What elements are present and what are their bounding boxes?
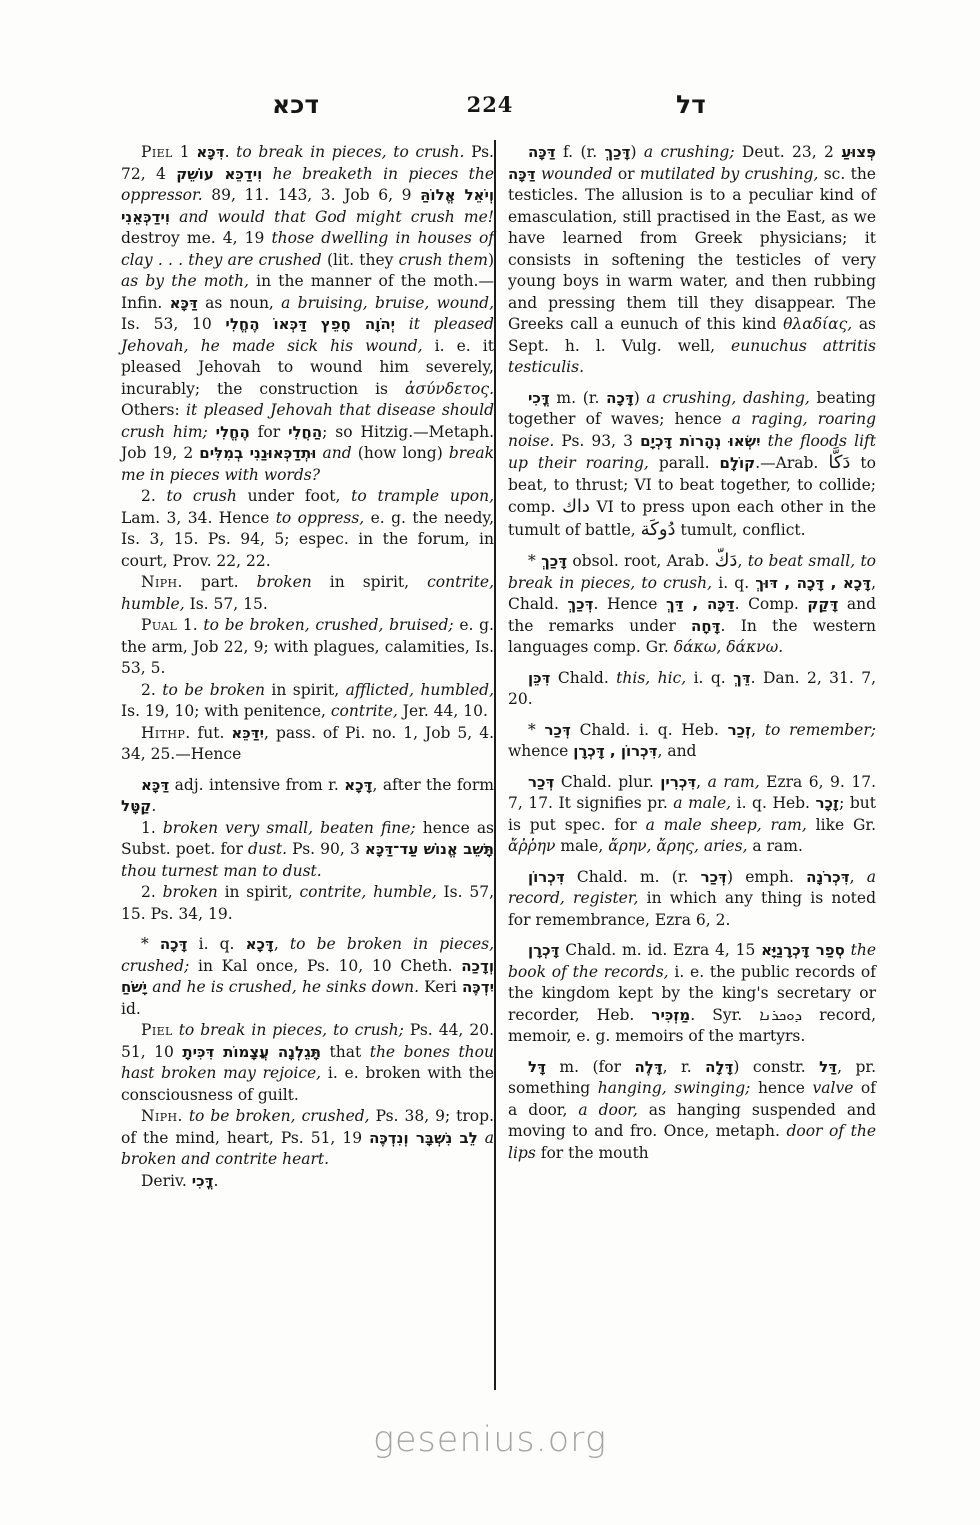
text-segment-heb: דָּחָה [691, 617, 720, 635]
right-column: דַּכָּה f. (r. דָּכַךְ) a crushing; Deut… [508, 142, 876, 1164]
text-segment-heb: דָּקַק [807, 595, 838, 613]
text-segment-n: Keri [419, 978, 462, 996]
text-segment-heb: קַטָּל [121, 797, 151, 815]
text-segment-n: . Syr. [690, 1006, 759, 1024]
text-segment-i: as by the moth, [121, 272, 249, 290]
text-segment-ar: داك [562, 496, 590, 517]
text-segment-heb: יִדְכֶּה [462, 978, 494, 996]
text-segment-heb: דְּכַךְ [567, 595, 593, 613]
text-segment-n: , r. [663, 1058, 706, 1076]
text-segment-grk: ἄρην, ἄρης, [608, 837, 699, 855]
text-segment-n: ) constr. [733, 1058, 819, 1076]
text-segment-ar: دَكَّا [828, 452, 850, 473]
entry-paragraph: 2. to crush under foot, to trample upon,… [121, 486, 494, 572]
text-segment-n: . [213, 1172, 218, 1190]
text-segment-i: to trample upon, [351, 487, 494, 505]
text-segment-i: crush them [399, 251, 488, 269]
text-segment-i: aries, [704, 837, 748, 855]
text-segment-heb: הַחֲלִי [288, 423, 322, 441]
text-segment-n: , after the form [372, 776, 494, 794]
text-segment-i: to break in pieces, to crush. [236, 143, 464, 161]
text-segment-n: tumult, conflict. [676, 521, 806, 539]
text-segment-heb: דָּכְרָן [528, 941, 560, 959]
text-segment-n: 2. [141, 681, 162, 699]
text-segment-n: * [528, 721, 544, 739]
text-segment-i: valve [812, 1079, 853, 1097]
text-segment-i: dust. [248, 840, 287, 858]
text-segment-n: (how long) [352, 444, 449, 462]
text-segment-i: a male sheep, ram, [646, 816, 807, 834]
text-segment-n: . Comp. [735, 595, 808, 613]
text-segment-i: a male, [673, 794, 731, 812]
entry-paragraph: דֳּכִי m. (r. דָּכָה) a crushing, dashin… [508, 388, 876, 542]
text-segment-sc: Niph. [141, 573, 183, 591]
text-segment-heb: וּתְדַכְּאוּנַנִי בְמִלִּים [199, 444, 316, 462]
entry-paragraph: דַּכָּה f. (r. דָּכַךְ) a crushing; Deut… [508, 142, 876, 379]
text-segment-i: hanging, swinging; [598, 1079, 751, 1097]
entry-paragraph: 2. broken in spirit, contrite, humble, I… [121, 882, 494, 925]
text-segment-heb: דֳּכִי [192, 1172, 214, 1190]
scanned-lexicon-page: דכא 224 דל Piel דִּכָּא 1. to break in p… [0, 0, 980, 1525]
text-segment-n: * [141, 935, 160, 953]
entry-paragraph: דָּל m. (for דָּלֶה, r. דָּלָה) constr. … [508, 1057, 876, 1165]
text-segment-n: in spirit, [265, 681, 346, 699]
text-segment-grk: δάκω, δάκνω. [674, 638, 783, 656]
text-segment-i: to be broken, crushed, [183, 1107, 370, 1125]
text-segment-n: ) [488, 251, 494, 269]
text-segment-i: to oppress, [276, 509, 365, 527]
text-segment-heb: דִּכָּא [196, 143, 224, 161]
text-segment-n: ) emph. [727, 868, 806, 886]
text-segment-n: ) [630, 143, 643, 161]
text-segment-n: * [528, 552, 541, 570]
text-segment-n: male, [555, 837, 608, 855]
entry-paragraph: דָּכְרָן Chald. m. id. Ezra 4, 15 סְפַר … [508, 940, 876, 1048]
entry-paragraph: דַּכָּא adj. intensive from r. דָּכָא, a… [121, 775, 494, 818]
text-segment-n: i. q. [686, 669, 733, 687]
text-segment-i: thou turnest man to dust. [121, 862, 322, 880]
text-segment-heb: דִּכְרוֹן [528, 868, 565, 886]
text-segment-i: and he is crushed, he sinks down. [147, 978, 419, 996]
text-segment-heb: דָּכָה [160, 935, 188, 953]
text-segment-n: i. q. [712, 574, 755, 592]
text-segment-heb: דִּכְרֹנָה [806, 868, 849, 886]
text-segment-i: a crushing; [644, 143, 735, 161]
text-segment-n: or [613, 165, 640, 183]
text-segment-i: this, hic, [616, 669, 686, 687]
text-segment-n: Jer. 44, 10. [398, 702, 488, 720]
text-segment-heb: וִידַכֵּא עוֹשֵׁק [176, 165, 262, 183]
text-segment-i: contrite, humble, [299, 883, 436, 901]
text-segment-heb: הֶחֱלִי [216, 423, 250, 441]
text-segment-heb: יְהֹוָה חָפֵץ דַּכְּאוֹ הֶחֱלִי [225, 315, 395, 333]
text-segment-n: , [737, 552, 747, 570]
text-segment-i: to crush [167, 487, 237, 505]
text-segment-heb: דַּכָּא [141, 776, 169, 794]
text-segment-heb: דָּל [528, 1058, 546, 1076]
entry-paragraph: Pual 1. to be broken, crushed, bruised; … [121, 615, 494, 680]
column-divider-rule [494, 140, 496, 1390]
text-segment-heb: דַּכָּא [170, 294, 198, 312]
text-segment-i: and [316, 444, 351, 462]
text-segment-heb: תָּגֵלְנָה עֲצָמוֹת דִּכִּיתָ [182, 1043, 321, 1061]
entry-paragraph: Piel דִּכָּא 1. to break in pieces, to c… [121, 142, 494, 486]
text-segment-i: to be broken [162, 681, 265, 699]
text-segment-i: a bruising, bruise, wound, [281, 294, 494, 312]
text-segment-heb: דִּכֵּן [528, 669, 550, 687]
entry-paragraph: Deriv. דֳּכִי. [121, 1171, 494, 1193]
entry-paragraph: 2. to be broken in spirit, afflicted, hu… [121, 680, 494, 723]
left-column: Piel דִּכָּא 1. to break in pieces, to c… [121, 142, 494, 1192]
entry-paragraph: * דְּכַר Chald. i. q. Heb. זְכַר, to rem… [508, 720, 876, 763]
text-segment-n: Is. 53, 10 [121, 315, 225, 333]
text-segment-n: Is. 57, 15. [185, 595, 268, 613]
text-segment-n: for [250, 423, 288, 441]
text-segment-heb: דָּכַךְ [541, 552, 567, 570]
page-header: דכא 224 דל [0, 90, 980, 130]
text-segment-n: in spirit, [218, 883, 300, 901]
entry-paragraph: דִּכְרוֹן Chald. m. (r. דְּכַר) emph. דִ… [508, 867, 876, 932]
text-segment-n: Chald. m. id. Ezra 4, 15 [560, 941, 762, 959]
text-segment-n: hence [750, 1079, 812, 1097]
text-segment-heb: דַּכָּה [528, 143, 556, 161]
text-segment-heb: דָּכָא [246, 935, 274, 953]
text-segment-i: wounded [536, 165, 613, 183]
text-segment-n: for the mouth [536, 1144, 649, 1162]
text-segment-i: broken [163, 883, 218, 901]
text-segment-heb: לֵב נִשְׁבָּר וְנִדְכֶּה [369, 1129, 478, 1147]
text-segment-grk: θλαδίας, [783, 315, 852, 333]
text-segment-heb: דִּכְרִין [660, 773, 696, 791]
text-segment-n: Ps. 90, 3 [287, 840, 365, 858]
text-segment-n: whence [508, 742, 573, 760]
text-segment-n: Deriv. [141, 1172, 192, 1190]
text-segment-i: to be broken, crushed, bruised; [203, 616, 453, 634]
text-segment-n: i. q. Heb. [731, 794, 815, 812]
text-segment-n: , [696, 773, 707, 791]
text-segment-heb: דְּכַר [544, 721, 570, 739]
text-segment-n [208, 423, 216, 441]
text-segment-i: mutilated by crushing, [640, 165, 819, 183]
text-segment-n: adj. intensive from r. [169, 776, 344, 794]
page-number: 224 [0, 92, 980, 117]
text-segment-i: and would that God might crush me! [170, 208, 494, 226]
text-segment-i: afflicted, humbled, [346, 681, 494, 699]
entry-paragraph: Niph. part. broken in spirit, contrite, … [121, 572, 494, 615]
entry-paragraph: * דָּכָה i. q. דָּכָא, to be broken in p… [121, 934, 494, 1020]
text-segment-n: Chald. m. (r. [565, 868, 701, 886]
text-segment-heb: דִּכְרוֹן , דָּכְרָן [573, 742, 657, 760]
text-segment-heb: דְּכַר [528, 773, 554, 791]
text-segment-n: that [321, 1043, 370, 1061]
text-segment-n: Others: [121, 401, 186, 419]
text-segment-n: parall. [649, 454, 720, 472]
text-segment-n: ) [634, 389, 647, 407]
header-keyword-right: דל [676, 90, 706, 119]
text-segment-heb: זְכַר [728, 721, 752, 739]
text-segment-heb: מַזְכִּיר [651, 1006, 690, 1024]
text-segment-i: to break in pieces, to crush; [173, 1021, 404, 1039]
text-segment-n: m. (r. [550, 389, 606, 407]
text-segment-n: Is. 19, 10; with penitence, [121, 702, 331, 720]
text-segment-n: 2. [141, 883, 163, 901]
entry-paragraph: 1. broken very small, beaten fine; hence… [121, 818, 494, 883]
text-segment-n: i. q. [188, 935, 246, 953]
text-segment-n: part. [183, 573, 257, 591]
text-segment-n: fut. [191, 724, 232, 742]
text-segment-n: .—Arab. [755, 454, 828, 472]
text-segment-heb: דְּכַר [701, 868, 727, 886]
entry-paragraph: Hithp. fut. יִדַּכֵּא, pass. of Pi. no. … [121, 723, 494, 766]
text-segment-n: , [850, 868, 867, 886]
text-segment-n: Chald. plur. [554, 773, 660, 791]
text-segment-i: to remember; [765, 721, 876, 739]
text-segment-ar: دَكّ [715, 550, 738, 571]
text-segment-n: in spirit, [312, 573, 427, 591]
text-segment-n: in Kal once, Ps. 10, 10 Cheth. [189, 957, 461, 975]
entry-paragraph: Piel to break in pieces, to crush; Ps. 4… [121, 1020, 494, 1106]
text-segment-n: , [751, 721, 765, 739]
text-segment-n: . Hence [593, 595, 666, 613]
text-segment-heb: דָּכַךְ [604, 143, 630, 161]
text-segment-i: contrite, [331, 702, 398, 720]
text-segment-heb: דָּלֶה [634, 1058, 662, 1076]
entry-paragraph: דְּכַר Chald. plur. דִּכְרִין, a ram, Ez… [508, 772, 876, 858]
entry-paragraph: Niph. to be broken, crushed, Ps. 38, 9; … [121, 1106, 494, 1171]
text-segment-sc: Piel [141, 1021, 173, 1039]
text-segment-heb: זָכָר [816, 794, 840, 812]
text-segment-heb: יִדַּכֵּא [231, 724, 264, 742]
text-segment-n: 2. [141, 487, 167, 505]
entry-paragraph: דִּכֵּן Chald. this, hic, i. q. דֵּךְ. D… [508, 668, 876, 711]
text-segment-heb: דַּל [819, 1058, 837, 1076]
text-segment-n: Lam. 3, 34. Hence [121, 509, 276, 527]
text-segment-heb: דָּכָא , דָּכָה , דּוּךְ [755, 574, 871, 592]
text-segment-heb: דַּכָּה , דַּךְ [666, 595, 735, 613]
text-segment-n: (lit. they [322, 251, 399, 269]
text-segment-n: 1. [177, 616, 203, 634]
text-segment-n: a ram. [748, 837, 803, 855]
text-segment-n: destroy me. 4, 19 [121, 229, 271, 247]
entry-paragraph: * דָּכַךְ obsol. root, Arab. دَكّ, to be… [508, 550, 876, 659]
watermark-text: gesenius.org [0, 1420, 980, 1460]
text-segment-n: Deut. 23, 2 [735, 143, 842, 161]
text-segment-heb: דָּלָה [705, 1058, 733, 1076]
text-segment-n: id. [121, 1000, 141, 1018]
text-segment-heb: יִשְׂאוּ נְהָרוֹת דָּכְיָם [640, 432, 760, 450]
text-segment-heb: דָּכָה [606, 389, 634, 407]
text-segment-i: a crushing, dashing, [647, 389, 810, 407]
text-segment-heb: דֵּךְ [733, 669, 750, 687]
text-segment-n: . [151, 797, 156, 815]
text-segment-n: 89, 11. 143, 3. Job 6, 9 [203, 186, 420, 204]
text-segment-n: as noun, [198, 294, 281, 312]
text-segment-n: 1. [141, 819, 163, 837]
text-segment-grk: ἀσύνδετος. [405, 380, 494, 398]
text-segment-n: like Gr. [807, 816, 876, 834]
text-segment-n: under foot, [237, 487, 351, 505]
text-segment-grk: ἄῤῥην [508, 837, 555, 855]
text-segment-i: broken [257, 573, 312, 591]
text-segment-heb: דֳּכִי [528, 389, 550, 407]
text-segment-i: a door, [578, 1101, 637, 1119]
text-segment-n: m. (for [546, 1058, 635, 1076]
text-segment-n: Ps. 93, 3 [554, 432, 640, 450]
text-segment-sc: Niph. [141, 1107, 183, 1125]
text-segment-heb: תָּשֵׁב אֱנוֹשׁ עַד־דַּכָּא [365, 840, 494, 858]
text-segment-n: obsol. root, Arab. [567, 552, 715, 570]
text-segment-ar: دُوكَة [641, 519, 676, 540]
text-segment-heb: קוֹלָם [720, 454, 756, 472]
text-segment-n: f. (r. [556, 143, 605, 161]
text-segment-i: broken very small, beaten fine; [163, 819, 416, 837]
text-segment-i: a ram, [708, 773, 760, 791]
text-segment-heb: סְפַר דָּכְרָנַיָּא [761, 941, 845, 959]
text-segment-n: , and [657, 742, 696, 760]
text-segment-n: Chald. i. q. Heb. [571, 721, 728, 739]
text-segment-n: sc. the testicles. The allusion is to a … [508, 165, 876, 334]
text-segment-n: Chald. [550, 669, 616, 687]
text-segment-syr: ܕܘܟܪܢܐ [759, 1006, 802, 1024]
text-segment-heb: דָּכָא [344, 776, 372, 794]
text-segment-n: , [274, 935, 290, 953]
text-segment-sc: Pual [141, 616, 177, 634]
text-segment-sc: Piel [141, 143, 180, 161]
text-segment-sc: Hithp. [141, 724, 191, 742]
